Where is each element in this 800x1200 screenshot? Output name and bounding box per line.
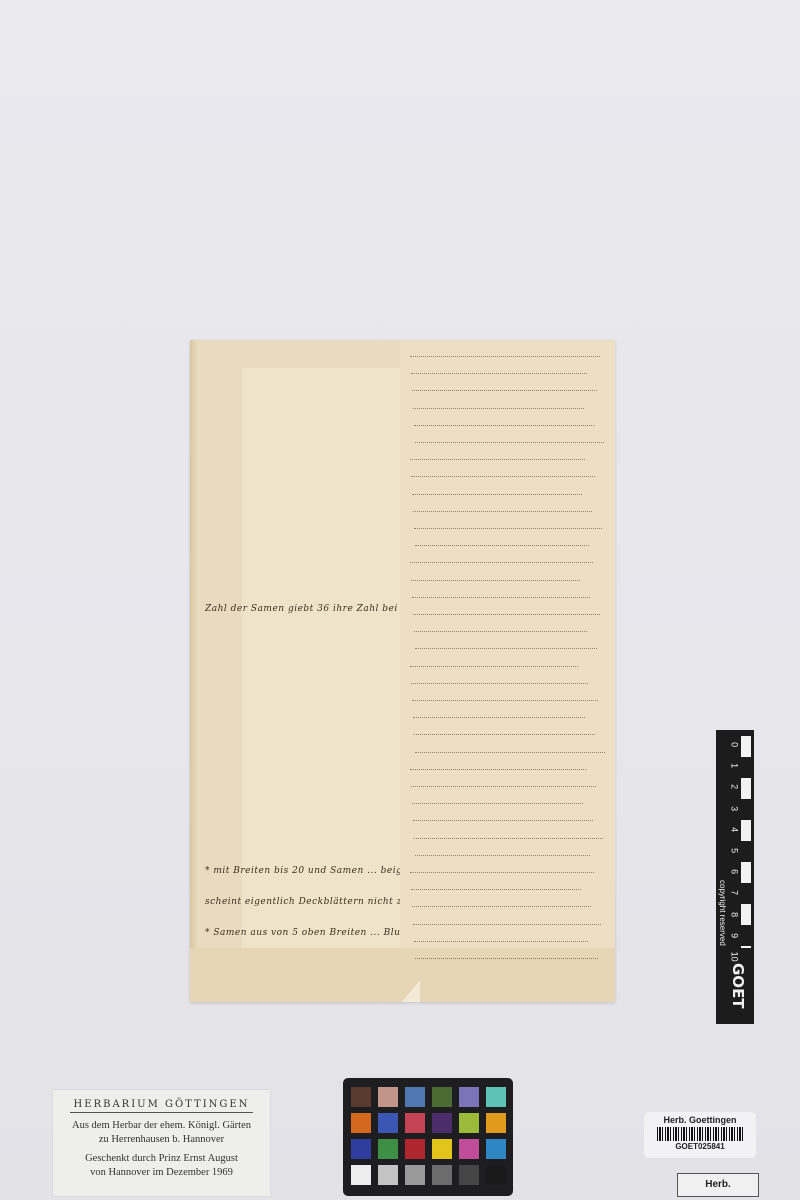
handwritten-line <box>414 631 587 634</box>
color-patch <box>486 1139 506 1159</box>
barcode-label: Herb. Goettingen GOET025841 <box>644 1112 756 1158</box>
herbarium-stamp: Herb. Goettingen <box>677 1173 759 1197</box>
handwritten-line <box>415 442 604 445</box>
color-patch <box>405 1165 425 1185</box>
label-line-1: Aus dem Herbar der ehem. Königl. Gärten <box>53 1119 270 1133</box>
handwritten-line <box>410 562 593 565</box>
handwritten-line <box>414 734 595 737</box>
handwritten-line <box>415 648 597 651</box>
manuscript-main-column <box>400 340 615 1002</box>
barcode-title: Herb. Goettingen <box>644 1115 756 1125</box>
color-patch <box>432 1113 452 1133</box>
scale-tick-label: 2 <box>723 780 744 794</box>
scale-bar: 012345678910 copyright reserved GOET <box>716 730 754 1024</box>
handwritten-line <box>411 373 587 376</box>
margin-note-3: scheint eigentlich Deckblättern nicht zu… <box>205 897 400 907</box>
scale-tick-label: 1 <box>723 759 744 773</box>
handwritten-line <box>412 390 597 393</box>
handwritten-line <box>410 769 586 772</box>
label-line-2: zu Herrenhausen b. Hannover <box>53 1133 270 1147</box>
handwritten-line <box>414 425 594 428</box>
handwritten-line <box>410 666 578 669</box>
handwritten-line <box>414 528 602 531</box>
scale-tick-label: 10 <box>723 950 744 964</box>
scale-tick-label: 6 <box>723 865 744 879</box>
color-patch <box>459 1165 479 1185</box>
herbarium-label: HERBARIUM GÖTTINGEN Aus dem Herbar der e… <box>53 1090 270 1196</box>
color-patch <box>486 1165 506 1185</box>
sheet-inner-fold <box>242 368 400 948</box>
scale-tick-label: 3 <box>723 801 744 815</box>
scale-tick-label: 0 <box>723 738 744 752</box>
color-patch <box>486 1113 506 1133</box>
sheet-left-fold <box>190 340 198 1002</box>
handwritten-line <box>413 511 592 514</box>
handwritten-line <box>415 958 598 961</box>
color-patch <box>459 1113 479 1133</box>
handwritten-line <box>413 614 600 617</box>
handwritten-line <box>414 838 603 841</box>
color-patch <box>351 1087 371 1107</box>
label-line-3: Geschenkt durch Prinz Ernst August <box>53 1152 270 1166</box>
handwritten-line <box>413 924 601 927</box>
scale-copyright: copyright reserved <box>718 880 727 946</box>
color-patch <box>378 1139 398 1159</box>
handwritten-line <box>413 717 585 720</box>
handwritten-line <box>414 941 588 944</box>
color-checker-grid <box>351 1087 506 1185</box>
color-patch <box>351 1139 371 1159</box>
color-patch <box>459 1087 479 1107</box>
scale-tick-label: 4 <box>723 822 744 836</box>
handwritten-line <box>415 752 605 755</box>
handwritten-line <box>411 786 596 789</box>
handwritten-line <box>413 820 593 823</box>
color-patch <box>486 1087 506 1107</box>
margin-note-2: * mit Breiten bis 20 und Samen ... beige… <box>205 866 400 876</box>
color-patch <box>351 1113 371 1133</box>
handwritten-line <box>412 906 591 909</box>
color-checker-card <box>343 1078 513 1196</box>
handwritten-line <box>412 803 583 806</box>
handwritten-line <box>415 855 590 858</box>
scale-tick-label: 5 <box>723 844 744 858</box>
handwritten-line <box>411 476 595 479</box>
color-patch <box>405 1139 425 1159</box>
color-patch <box>405 1087 425 1107</box>
handwritten-line <box>411 580 580 583</box>
color-patch <box>405 1113 425 1133</box>
scale-brand-logo: GOET <box>729 963 747 1009</box>
margin-note-1: Zahl der Samen giebt 36 ihre Zahl bei Ph… <box>205 604 400 614</box>
handwritten-line <box>412 700 598 703</box>
color-patch <box>432 1139 452 1159</box>
margin-note-4: * Samen aus von 5 oben Breiten ... Blume… <box>205 928 400 938</box>
label-line-4: von Hannover im Dezember 1969 <box>53 1166 270 1180</box>
handwritten-line <box>412 597 590 600</box>
label-title: HERBARIUM GÖTTINGEN <box>70 1099 253 1113</box>
handwritten-line <box>411 889 581 892</box>
barcode-icon <box>657 1127 743 1141</box>
folded-corner <box>402 980 420 1002</box>
scale-numbers: 012345678910 <box>727 734 741 967</box>
handwritten-line <box>410 872 594 875</box>
color-patch <box>378 1087 398 1107</box>
handwritten-line <box>410 459 585 462</box>
handwritten-line <box>412 494 582 497</box>
handwritten-line <box>415 545 589 548</box>
color-patch <box>459 1139 479 1159</box>
handwritten-line <box>410 356 600 359</box>
handwritten-line <box>411 683 588 686</box>
barcode-number: GOET025841 <box>644 1142 756 1151</box>
handwritten-line <box>413 408 584 411</box>
color-patch <box>351 1165 371 1185</box>
color-patch <box>378 1113 398 1133</box>
color-patch <box>432 1087 452 1107</box>
color-patch <box>432 1165 452 1185</box>
color-patch <box>378 1165 398 1185</box>
